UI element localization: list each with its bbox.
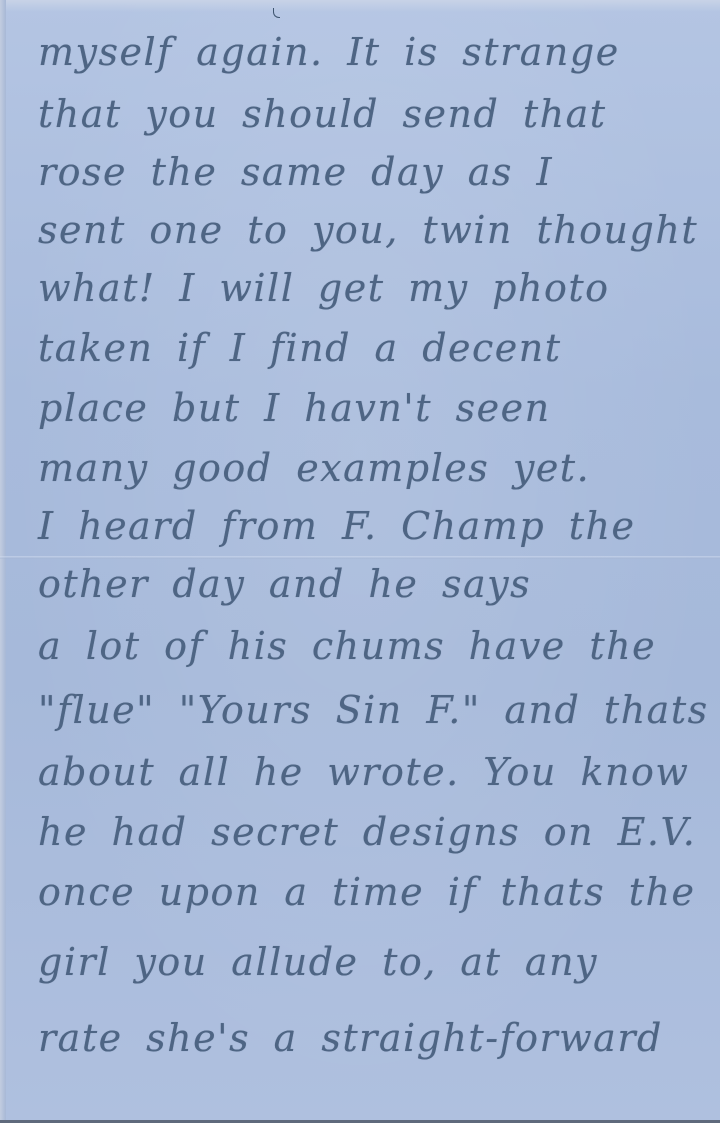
- text-line: what! I will get my photo: [38, 266, 718, 310]
- letter-page: myself again. It is strange that you sho…: [0, 0, 720, 1123]
- text-line: "flue" "Yours Sin F." and thats: [38, 688, 718, 732]
- text-line: I heard from F. Champ the: [38, 504, 718, 548]
- text-line: other day and he says: [38, 562, 718, 606]
- text-line: sent one to you, twin thought: [38, 208, 718, 252]
- handwritten-text: myself again. It is strange that you sho…: [0, 0, 720, 1123]
- text-line: about all he wrote. You know: [38, 750, 718, 794]
- text-line: that you should send that: [38, 92, 718, 136]
- text-line: many good examples yet.: [38, 446, 718, 490]
- text-line: myself again. It is strange: [38, 30, 718, 74]
- text-line: place but I havn't seen: [38, 386, 718, 430]
- text-line: girl you allude to, at any: [38, 940, 718, 984]
- text-line: rate she's a straight-forward: [38, 1016, 718, 1060]
- text-line: taken if I find a decent: [38, 326, 718, 370]
- text-line: a lot of his chums have the: [38, 624, 718, 668]
- text-line: once upon a time if thats the: [38, 870, 718, 914]
- text-line: rose the same day as I: [38, 150, 718, 194]
- text-line: he had secret designs on E.V.: [38, 810, 718, 854]
